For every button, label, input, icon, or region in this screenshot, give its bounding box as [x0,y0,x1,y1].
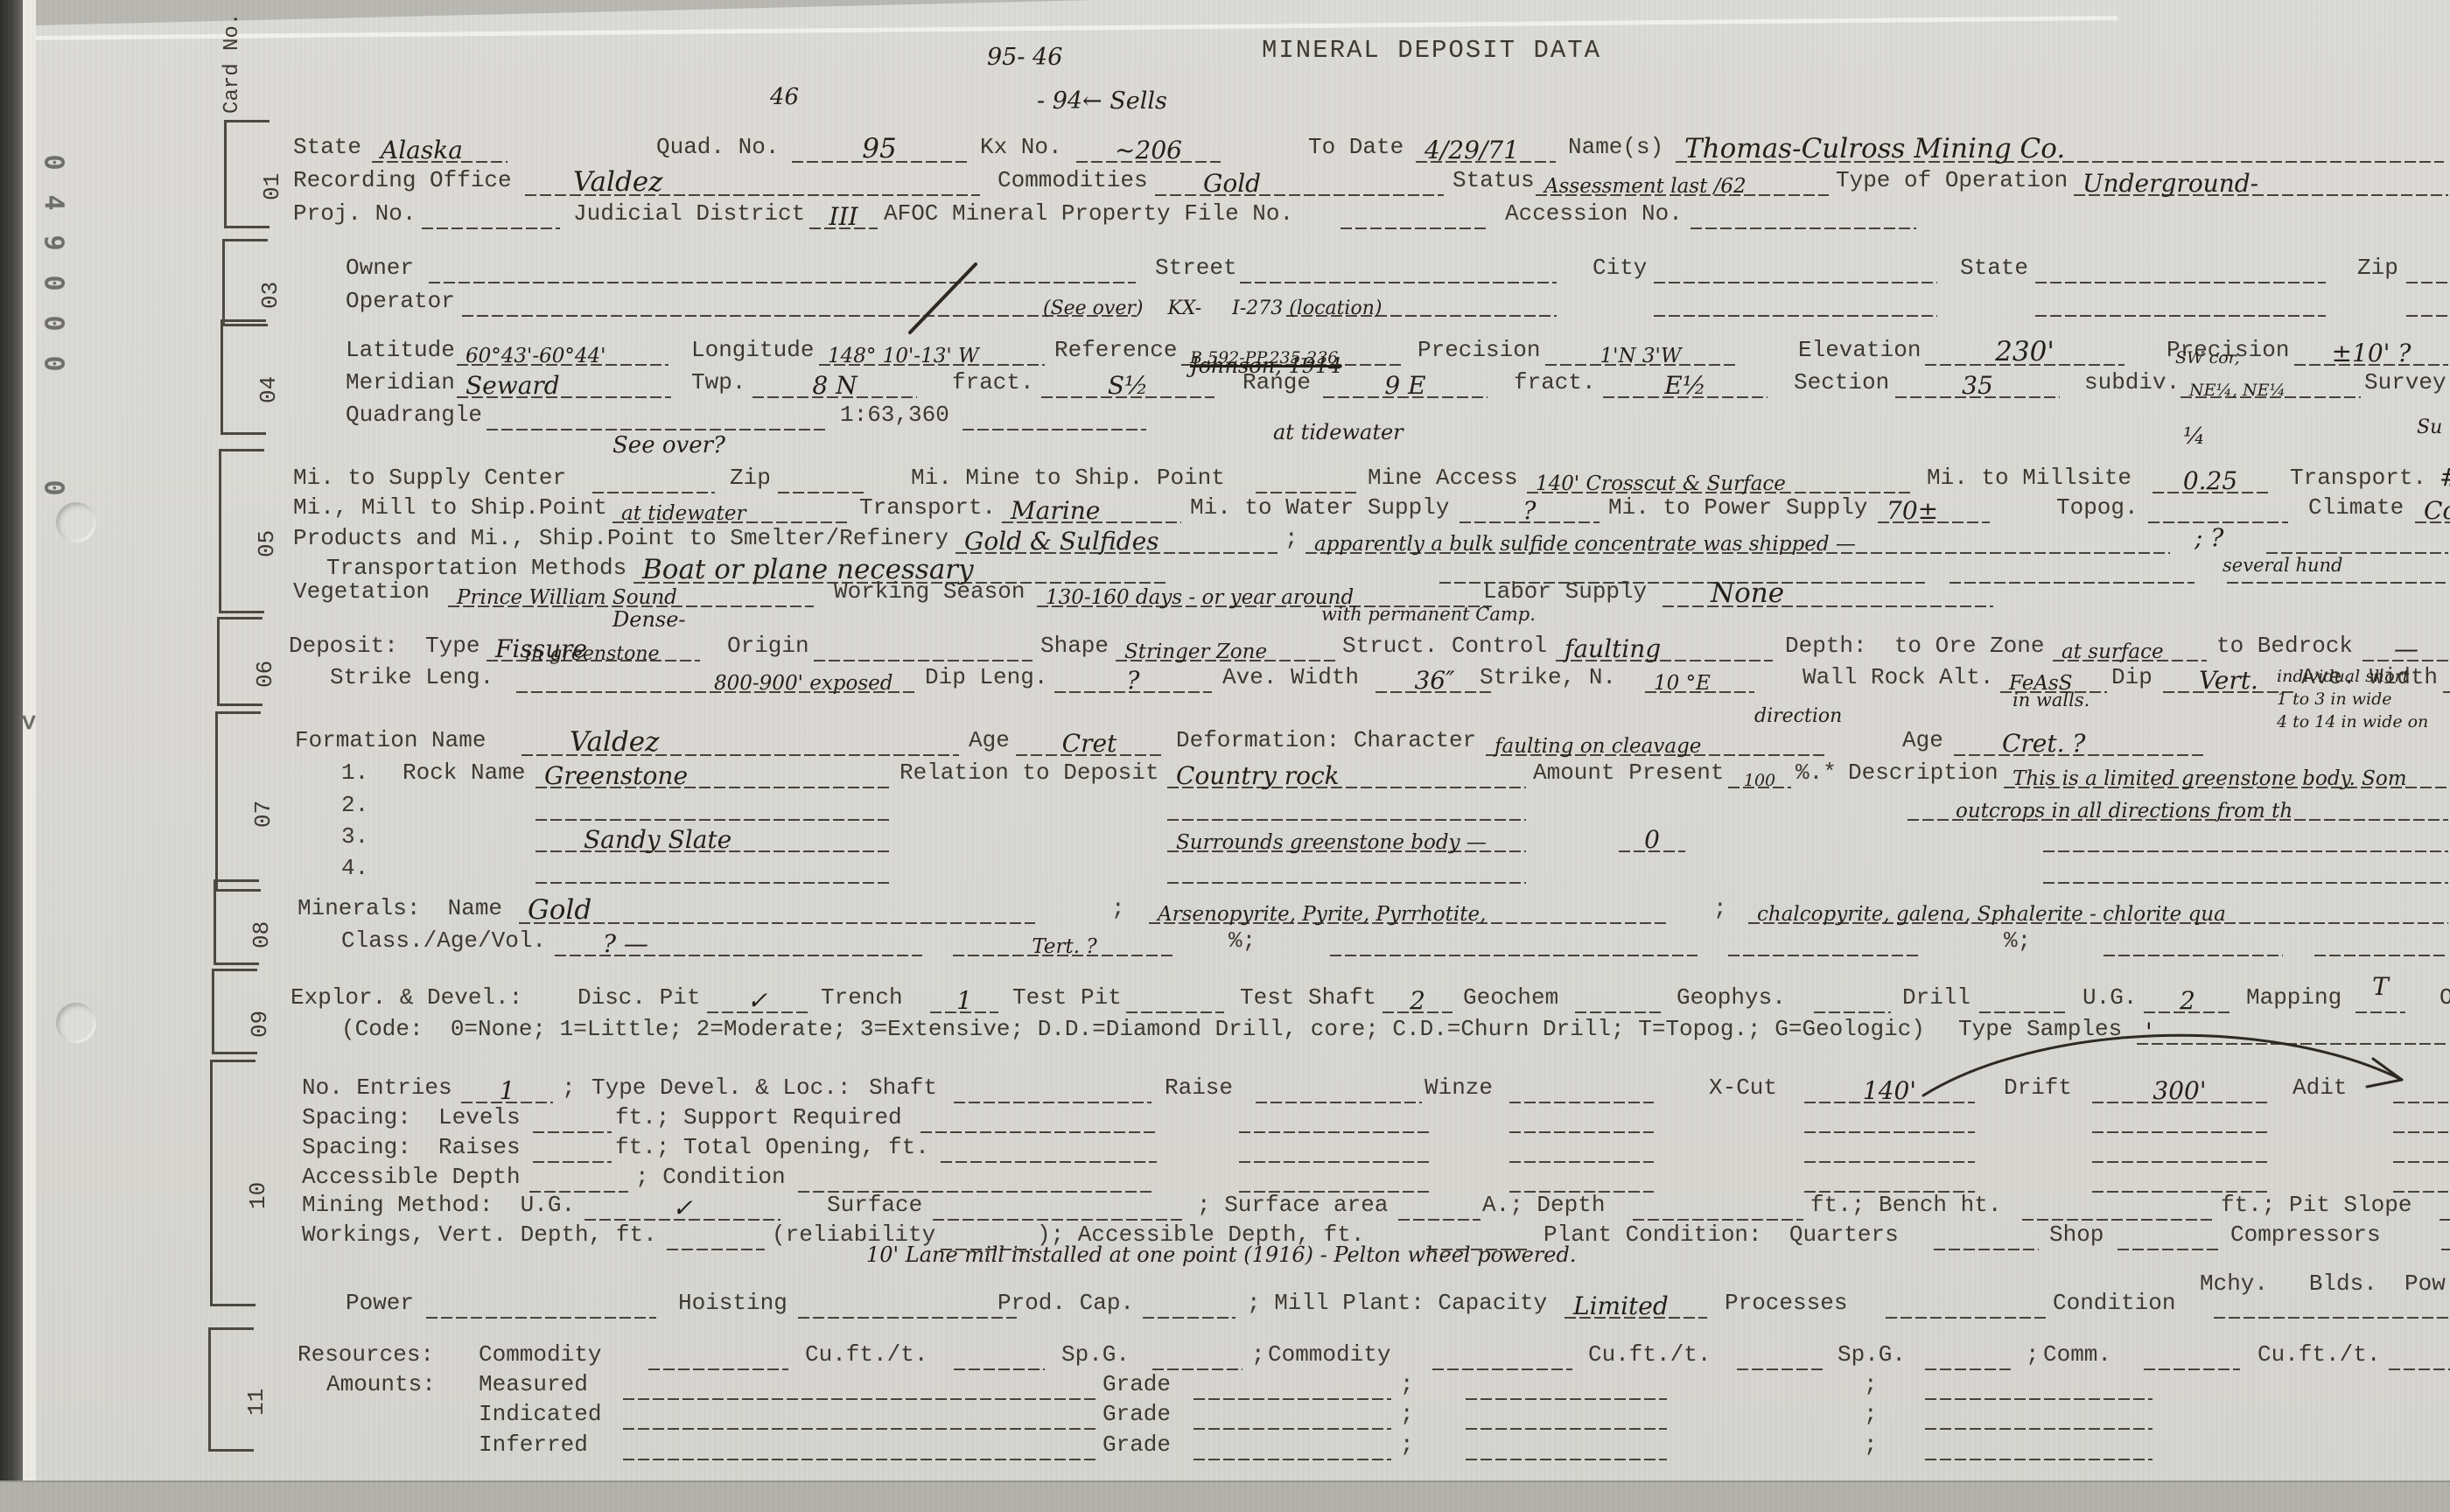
fill-line: ±10' ? [2294,334,2448,366]
handwritten-value: Seward [465,371,560,400]
fill-line [592,462,715,493]
typed-text: ; [1400,1368,1414,1400]
handwritten-value: Prince William Sound [457,586,677,609]
handwritten-annotation: Dense- [612,607,686,632]
card-bracket [208,1330,211,1449]
typed-label: Proj. No. [293,198,416,229]
fill-line [778,462,865,493]
fill-line: faulting on cleavage [1486,724,1825,756]
handwritten-value: at surface [2061,640,2164,663]
typed-label: Grade [1102,1368,1171,1400]
typed-label: Status [1452,164,1535,196]
fill-line: Greenstone [535,757,891,788]
typed-label: Mi., Mill to Ship.Point [293,492,607,523]
fill-line [2214,1287,2448,1319]
typed-label: ft.; Pit Slope [2221,1189,2411,1221]
card-number: 05 [254,530,280,557]
fill-line [2439,1189,2450,1221]
fill-line [1728,925,1919,956]
fill-line: at tidewater [612,492,850,523]
typed-label: State [293,131,361,163]
typed-label: Condition [2053,1287,2175,1319]
typed-label: Kx No. [980,131,1062,163]
fill-line [2266,522,2448,554]
fill-line: Valdez [525,164,980,196]
typed-text: ; Surface area [1197,1189,1388,1221]
fill-line [429,252,1136,283]
fill-line [814,630,1032,661]
fill-line: Coastal [2415,492,2450,523]
punch-hole [56,1003,96,1043]
fill-line [1804,1161,1975,1193]
handwritten-note: # [2439,462,2450,493]
handwritten-value: 60°43'-60°44' [465,345,605,367]
fill-line: Gold [1155,164,1444,196]
fill-line: 0 [1619,821,1685,852]
fill-line [1330,925,1697,956]
typed-label: ; Mill Plant: Capacity [1247,1287,1547,1319]
fill-line [2092,1161,2267,1193]
typed-label: Street [1155,252,1237,283]
fill-line [2092,1131,2267,1163]
fill-line [1256,1072,1422,1103]
typed-label: Longitude [691,334,814,366]
typed-label: Name(s) [1568,131,1663,163]
fill-line [1398,1189,1480,1221]
typed-label: X-Cut [1709,1072,1777,1103]
typed-text: %.* [1795,757,1837,788]
typed-text: ; [2026,1339,2040,1370]
typed-label: To Date [1308,131,1403,163]
fill-line [486,399,828,430]
fill-line [1690,198,1916,229]
handwritten-value: ' [2145,1018,2152,1046]
typed-label: Ave. Width [1222,661,1359,693]
fill-line: 60°43'-60°44' [457,334,668,366]
typed-label: Class./Age/Vol. [341,925,546,956]
handwritten-annotation: SW cor, [2175,348,2240,367]
fill-line: — [2362,630,2450,661]
fill-line: 70± [1878,492,1990,523]
fill-line [2314,925,2448,956]
typed-label: Geochem [1463,982,1558,1013]
typed-label: Judicial District [573,198,805,229]
handwritten-value: chalcopyrite, galena, Sphalerite - chlor… [1757,903,2226,926]
handwritten-annotation: several hund [2222,555,2342,576]
typed-label: Cu.ft./t. [2257,1339,2380,1370]
handwritten-value: 10 °E [1654,672,1711,695]
fill-line [1193,1398,1391,1430]
typed-label: Plant Condition: Quarters [1543,1219,1899,1250]
fill-line [2035,252,2326,283]
scanned-mineral-deposit-form: Card No. MINERAL DEPOSIT DATAStateAlaska… [0,0,2450,1512]
fill-line [1340,198,1487,229]
typed-text: 1. [341,757,368,788]
typed-label: Owner [346,252,414,283]
typed-label: Mining Method: U.G. [302,1189,575,1221]
typed-text: 3. [341,821,368,852]
handwritten-value: 35 [1962,371,1993,400]
typed-label: U.G. [2082,982,2137,1013]
fill-line: chalcopyrite, galena, Sphalerite - chlor… [1748,892,2448,924]
typed-label: Type Samples [1958,1013,2122,1045]
fill-line: None [1662,576,1993,607]
typed-label: Processes [1725,1287,1847,1319]
fill-line [2393,1161,2448,1193]
typed-label: Mi. to Millsite [1927,462,2131,493]
fill-line [1509,1102,1654,1133]
handwritten-value: E½ [1664,371,1706,400]
fill-line: This is a limited greenstone body. Som [2004,757,2448,788]
handwritten-value: ? [1126,666,1139,695]
typed-text: ; [1251,1339,1265,1370]
typed-text: 2. [341,789,368,821]
handwritten-value: faulting [1564,634,1661,663]
handwritten-value: Cret [1062,729,1117,758]
fill-line [1152,1339,1242,1370]
scan-left-edge [0,0,23,1512]
handwritten-value: ±10' ? [2332,339,2411,367]
fill-line [533,1102,612,1133]
typed-label: Relation to Deposit [899,757,1158,788]
handwritten-value: 0 [1644,825,1660,854]
fill-line: 130-160 days - or year around [1037,576,1492,607]
fill-line: S½ [1041,367,1214,398]
fill-line [1654,252,1937,283]
handwritten-value: Underground- [2082,169,2258,198]
card-bracket [224,122,227,226]
handwritten-value: Stringer Zone [1124,640,1267,663]
typed-label: Struct. Control [1342,630,1547,661]
card-number: 09 [247,1011,273,1038]
typed-label: Strike, N. [1480,661,1616,693]
typed-label: Commodity [1268,1339,1390,1370]
typed-label: Climate [2308,492,2404,523]
fill-line: Surrounds greenstone body — [1167,821,1526,852]
typed-label: State [1960,252,2028,283]
handwritten-value: Thomas-Culross Mining Co. [1684,133,2065,164]
fill-line [1167,852,1526,884]
handwritten-value: Gold [1203,169,1261,198]
handwritten-value: 8 N [812,371,857,400]
fill-line [1167,789,1526,821]
fill-line [1925,1339,2012,1370]
typed-label: Vegetation [293,576,430,607]
fill-line: Arsenopyrite, Pyrite, Pyrrhotite, [1149,892,1667,924]
typed-label: Minerals: Name [297,892,502,924]
handwritten-value: 1 [956,986,972,1015]
handwritten-annotation: 1 to 3 in wide [2277,689,2391,709]
typed-label: Power [346,1287,414,1319]
typed-label: Spacing: Levels [302,1102,521,1133]
fill-line [1979,982,2067,1013]
fill-line [2441,1219,2450,1250]
typed-text: %; [1228,925,1256,956]
fill-line [535,789,891,821]
typed-text: 1:63,360 [840,399,949,430]
handwritten-value: 4/29/71 [1424,136,1519,164]
typed-label: Explor. & Devel.: [290,982,522,1013]
typed-label: Amounts: [326,1368,436,1400]
fill-line: 300' [2092,1072,2267,1103]
typed-label: ft.; Support Required [615,1102,902,1133]
fill-line: Cret. ? [1954,724,2206,756]
handwritten-value: 36″ [1414,666,1454,695]
typed-label: Working Season [834,576,1025,607]
typed-label: Transport. [859,492,996,523]
fill-line: 800-900' exposed [516,661,914,693]
card-number: 08 [248,921,275,948]
card-number: 04 [255,376,282,403]
card-bracket [210,1062,213,1304]
fill-line [1575,982,1661,1013]
fill-line [1934,1219,2039,1250]
typed-label: Spacing: Raises [302,1131,521,1163]
fill-line: Thomas-Culross Mining Co. [1676,131,2444,163]
typed-label: to Bedrock [2216,630,2353,661]
fill-line: Seward [457,367,671,398]
fill-line: 1 [461,1072,553,1103]
fill-line [2043,852,2448,884]
typed-label: Test Pit [1012,982,1122,1013]
fill-line: ? [1459,492,1599,523]
typed-text: ; Condition [635,1161,786,1193]
handwritten-value: Valdez [570,726,659,758]
form-title: MINERAL DEPOSIT DATA [1262,35,1601,66]
paper-left-rim [23,0,36,1512]
fill-line: Valdez [521,724,959,756]
edge-stamp-digit: > [14,714,45,730]
typed-label: Raise [1165,1072,1233,1103]
typed-label: A.; Depth [1482,1189,1605,1221]
fill-line [1126,982,1224,1013]
handwritten-value: Marine [1011,496,1100,525]
typed-label: Hoisting [678,1287,787,1319]
typed-label: Recording Office [293,164,512,196]
edge-stamp-digit: 9 [38,234,69,250]
fill-line: 2 [1382,982,1452,1013]
typed-label: Accessible Depth [302,1161,521,1193]
typed-label: Drift [2004,1072,2072,1103]
handwritten-value: III [829,202,857,231]
fill-line [667,1219,765,1250]
fill-line: 140' Crosscut & Surface [1527,462,1912,493]
handwritten-value: S½ [1108,371,1148,400]
handwritten-value: T [2372,972,2389,1001]
typed-label: Amount Present [1533,757,1724,788]
handwritten-value: 148° 10'-13' W [828,345,979,367]
handwritten-value: NE¼, NE¼ [2189,381,2285,400]
typed-label: Quadrangle [346,399,482,430]
fill-line [529,1161,628,1193]
card-number: 07 [250,801,276,828]
typed-label: Mi. Mine to Ship. Point [911,462,1225,493]
fill-line [2406,252,2450,283]
fill-line [533,1131,612,1163]
fill-line: 8 N [752,367,917,398]
fill-line [1509,1072,1654,1103]
fill-line: Limited [1564,1287,1707,1319]
fill-line [1737,1339,1824,1370]
handwritten-annotation: 46 [770,84,799,110]
typed-label: Section [1794,367,1889,398]
fill-line [2393,1072,2448,1103]
handwritten-value: Surrounds greenstone body — [1176,831,1487,854]
typed-label: Geophys. [1676,982,1786,1013]
typed-label: Formation Name [295,724,486,756]
fill-line: Marine [1002,492,1181,523]
fill-line: 9 E [1323,367,1487,398]
handwritten-value: Valdez [573,166,662,198]
fill-line [1804,1131,1975,1163]
fill-line [648,1339,788,1370]
fill-line [1239,1131,1430,1163]
fill-line [2022,1189,2214,1221]
fill-line: ' [2137,1013,2448,1045]
handwritten-value: 230' [1995,336,2054,367]
card-number: 10 [245,1182,271,1209]
card-bracket [217,619,220,703]
typed-label: Dip Leng. [925,661,1047,693]
fill-line: ? [1054,661,1212,693]
typed-label: Adit [2292,1072,2347,1103]
handwritten-value: Gold [528,894,591,926]
fill-line [2144,1339,2240,1370]
typed-label: Wall Rock Alt. [1802,661,1993,693]
typed-label: Products and Mi., Ship.Point to Smelter/… [293,522,948,554]
fill-line: at surface [2053,630,2207,661]
handwritten-value: Coastal [2424,496,2450,525]
fill-line: Assessment last /62 [1536,164,1829,196]
fill-line [933,1189,1185,1221]
typed-label: Prod. Cap. [997,1287,1134,1319]
handwritten-annotation: See over? [612,432,725,458]
handwritten-annotation: 95- 46 [987,44,1062,71]
typed-label: ft.; Total Opening, ft. [615,1131,929,1163]
handwritten-value: ✓ [747,986,767,1015]
typed-label: Workings, Vert. Depth, ft. [302,1219,657,1250]
typed-label: Shaft [869,1072,937,1103]
typed-text: ; [1400,1398,1414,1430]
typed-label: (Code: 0=None; 1=Little; 2=Moderate; 3=E… [341,1013,1925,1045]
fill-line: FeAsS [2000,661,2107,693]
fill-line: 36″ [1375,661,1494,693]
card-number: 06 [252,661,278,688]
fill-line [2117,1219,2218,1250]
fill-line [1633,1189,1803,1221]
fill-line: 230' [1925,334,2124,366]
handwritten-value: Limited [1573,1291,1669,1320]
fill-line [2035,285,2326,317]
handwritten-value: None [1711,577,1784,609]
typed-label: AFOC Mineral Property File No. [884,198,1293,229]
typed-label: Cu.ft./t. [805,1339,927,1370]
typed-label: Surface [827,1189,922,1221]
fill-line [1256,462,1359,493]
fill-line [1925,1368,2152,1400]
handwritten-note: ; ? [2194,522,2223,554]
fill-line: Sandy Slate [535,821,891,852]
fill-line: ~206 [1076,131,1221,163]
fill-line [623,1398,1095,1430]
fill-line [962,399,1146,430]
fill-line [920,1102,1157,1133]
scan-top-shadow [0,0,1094,26]
typed-label: Mine Access [1368,462,1518,493]
typed-label: Test Shaft [1240,982,1376,1013]
fill-line: Gold [519,892,1035,924]
fill-line [1193,1368,1391,1400]
typed-label: Precision [1417,334,1540,366]
typed-label: Compressors [2230,1219,2381,1250]
fill-line [954,1339,1045,1370]
handwritten-value: 2 [2180,986,2195,1015]
typed-label: Cu.ft./t. [1588,1339,1711,1370]
fill-line [1804,1102,1975,1133]
edge-stamp-digit: 0 [38,275,69,290]
fill-line [2103,925,2283,956]
handwritten-annotation: individual short [2277,667,2409,686]
card-bracket [215,714,218,889]
handwritten-value: Alaska [381,136,463,164]
handwritten-value: 70± [1886,496,1938,525]
typed-text: ; [1284,522,1298,554]
handwritten-annotation: with permanent Camp. [1321,604,1536,625]
typed-text: ; [1400,1429,1414,1460]
typed-label: City [1592,252,1647,283]
typed-label: Sp.G. [1061,1339,1130,1370]
fill-line: apparently a bulk sulfide concentrate wa… [1305,522,2170,554]
typed-label: Drill [1902,982,1970,1013]
typed-label: Deposit: Type [289,630,479,661]
fill-line [2406,285,2450,317]
typed-label: Commodity [479,1339,601,1370]
fill-line [1143,1287,1235,1319]
handwritten-annotation: direction [1754,705,1842,727]
fill-line [1509,1161,1654,1193]
typed-label: Commodities [997,164,1148,196]
typed-label: Resources: [297,1339,434,1370]
fill-line: 2 [2144,982,2231,1013]
typed-label: Inferred [479,1429,588,1460]
typed-label: Latitude [346,334,455,366]
fill-line [623,1368,1095,1400]
handwritten-value: — [2394,634,2418,663]
card-bracket [220,322,223,432]
fill-line: 148° 10'-13' W [819,334,1045,366]
handwritten-value: ~206 [1115,136,1182,164]
typed-label: Dip [2111,661,2152,693]
edge-stamp-digit: 0 [38,315,69,331]
handwritten-annotation: in greenstone [525,643,660,665]
handwritten-value: 9 E [1384,371,1425,400]
handwritten-value: ? — [603,929,648,958]
typed-label: fract. [952,367,1034,398]
typed-label: Meridian [346,367,455,398]
handwritten-annotation: 10' Lane mill installed at one point (19… [866,1242,1576,1267]
typed-label: ft.; Bench ht. [1810,1189,2001,1221]
typed-text: %; [2004,925,2031,956]
fill-line: ✓ [707,982,808,1013]
handwritten-value: Sandy Slate [584,825,731,854]
fill-line: faulting [1556,630,1773,661]
typed-label: Quad. No. [656,131,779,163]
typed-text: ; [1864,1429,1878,1460]
typed-label: Transport. [2290,462,2426,493]
card-bracket [219,451,221,611]
fill-line: Underground- [2074,164,2448,196]
fill-line [1466,1429,1667,1460]
